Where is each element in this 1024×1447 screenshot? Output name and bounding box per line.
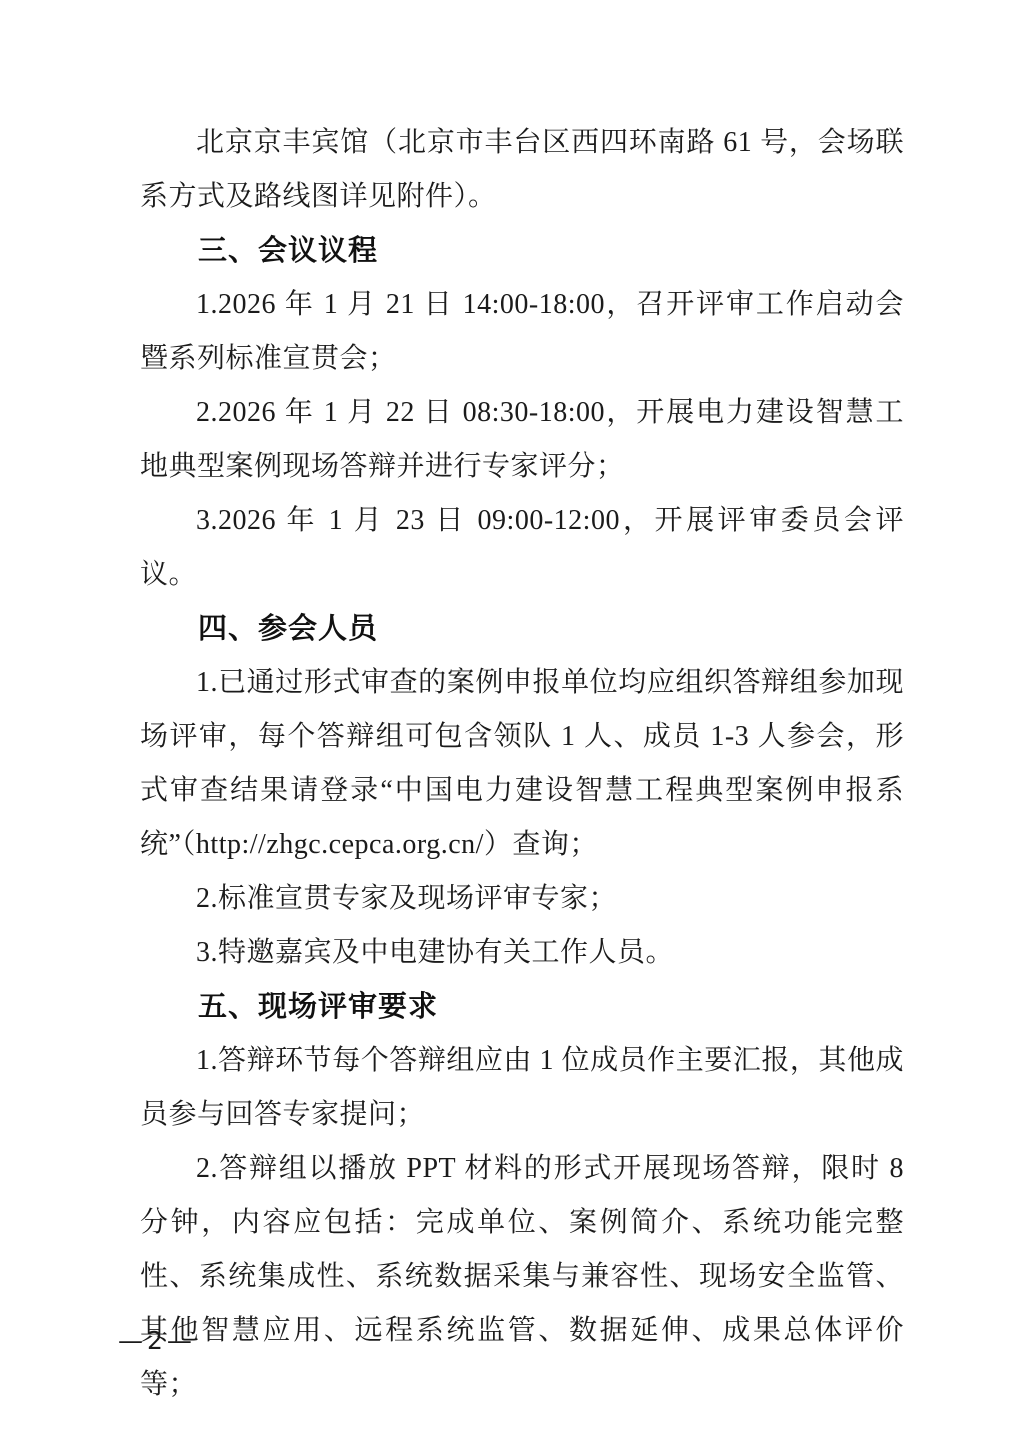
page-number: —2— bbox=[118, 1326, 196, 1355]
section-heading-agenda: 三、会议议程 bbox=[140, 224, 904, 278]
participants-item-2: 2.标准宣贯专家及现场评审专家； bbox=[140, 872, 904, 926]
section-heading-participants: 四、参会人员 bbox=[140, 602, 904, 656]
participants-item-3: 3.特邀嘉宾及中电建协有关工作人员。 bbox=[140, 926, 904, 980]
document-body: 北京京丰宾馆（北京市丰台区西四环南路 61 号，会场联系方式及路线图详见附件）。… bbox=[140, 116, 904, 1412]
requirement-item-1: 1.答辩环节每个答辩组应由 1 位成员作主要汇报，其他成员参与回答专家提问； bbox=[140, 1034, 904, 1142]
agenda-item-3: 3.2026 年 1 月 23 日 09:00-12:00，开展评审委员会评议。 bbox=[140, 494, 904, 602]
document-page: 北京京丰宾馆（北京市丰台区西四环南路 61 号，会场联系方式及路线图详见附件）。… bbox=[0, 0, 1024, 1447]
agenda-item-2: 2.2026 年 1 月 22 日 08:30-18:00，开展电力建设智慧工地… bbox=[140, 386, 904, 494]
section-heading-review-requirements: 五、现场评审要求 bbox=[140, 980, 904, 1034]
agenda-item-1: 1.2026 年 1 月 21 日 14:00-18:00，召开评审工作启动会暨… bbox=[140, 278, 904, 386]
requirement-item-2: 2.答辩组以播放 PPT 材料的形式开展现场答辩，限时 8 分钟，内容应包括：完… bbox=[140, 1142, 904, 1412]
paragraph-venue: 北京京丰宾馆（北京市丰台区西四环南路 61 号，会场联系方式及路线图详见附件）。 bbox=[140, 116, 904, 224]
participants-item-1: 1.已通过形式审查的案例申报单位均应组织答辩组参加现场评审，每个答辩组可包含领队… bbox=[140, 656, 904, 872]
